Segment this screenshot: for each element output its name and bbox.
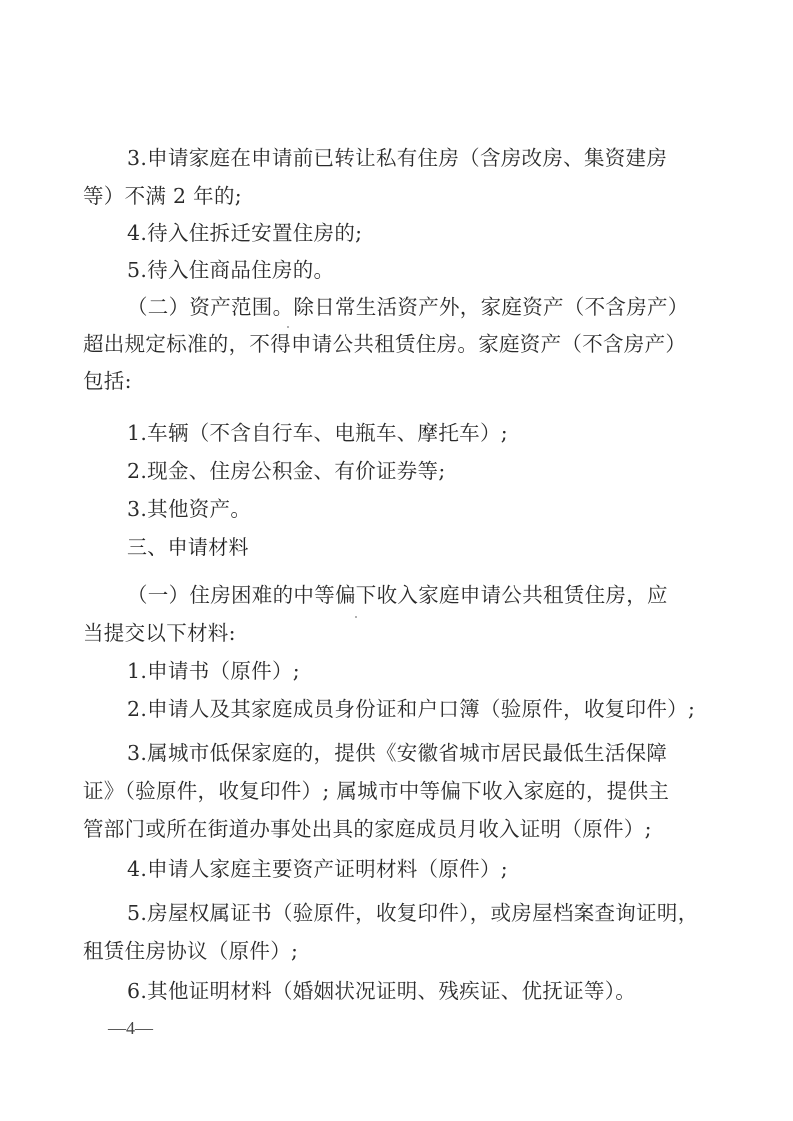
section-asset-scope-cont: 超出规定标准的，不得申请公共租赁住房。家庭资产（不含房产） bbox=[83, 331, 693, 357]
page-number: —4— bbox=[108, 1018, 153, 1039]
list-item-low-income-cert: 3.属城市低保家庭的，提供《安徽省城市居民最低生活保障 bbox=[127, 740, 737, 766]
list-item-transferred-housing: 3.申请家庭在申请前已转让私有住房（含房改房、集资建房 bbox=[127, 145, 737, 171]
subsection-middle-low-income: （一）住房困难的中等偏下收入家庭申请公共租赁住房，应 bbox=[127, 582, 737, 608]
list-item-id-hukou: 2.申请人及其家庭成员身份证和户口簿（验原件，收复印件）; bbox=[127, 696, 737, 722]
list-item-property-cert: 5.房屋权属证书（验原件，收复印件），或房屋档案查询证明， bbox=[127, 900, 737, 926]
document-page: 3.申请家庭在申请前已转让私有住房（含房改房、集资建房 等）不满 2 年的; 4… bbox=[0, 0, 793, 1121]
section-asset-scope-includes: 包括: bbox=[83, 368, 693, 394]
list-item-relocation-housing: 4.待入住拆迁安置住房的; bbox=[127, 220, 737, 246]
list-item-property-cert-cont: 租赁住房协议（原件）; bbox=[83, 938, 693, 964]
scan-speck bbox=[355, 616, 357, 618]
scan-speck bbox=[287, 326, 289, 328]
subsection-middle-low-income-cont: 当提交以下材料: bbox=[83, 620, 693, 646]
list-item-commercial-housing: 5.待入住商品住房的。 bbox=[127, 257, 737, 283]
list-item-application-form: 1.申请书（原件）; bbox=[127, 658, 737, 684]
section-heading-application-materials: 三、申请材料 bbox=[127, 534, 737, 560]
list-item-transferred-housing-cont: 等）不满 2 年的; bbox=[83, 183, 693, 209]
list-item-asset-proof: 4.申请人家庭主要资产证明材料（原件）; bbox=[127, 856, 737, 882]
list-item-low-income-cert-cont: 证》（验原件，收复印件）; 属城市中等偏下收入家庭的，提供主 bbox=[83, 778, 693, 804]
list-item-other-assets: 3.其他资产。 bbox=[127, 496, 737, 522]
list-item-vehicles: 1.车辆（不含自行车、电瓶车、摩托车）; bbox=[127, 420, 737, 446]
list-item-cash: 2.现金、住房公积金、有价证券等; bbox=[127, 458, 737, 484]
section-asset-scope: （二）资产范围。除日常生活资产外，家庭资产（不含房产） bbox=[127, 294, 737, 320]
list-item-low-income-cert-cont2: 管部门或所在街道办事处出具的家庭成员月收入证明（原件）; bbox=[83, 816, 693, 842]
list-item-other-proofs: 6.其他证明材料（婚姻状况证明、残疾证、优抚证等）。 bbox=[127, 978, 737, 1004]
